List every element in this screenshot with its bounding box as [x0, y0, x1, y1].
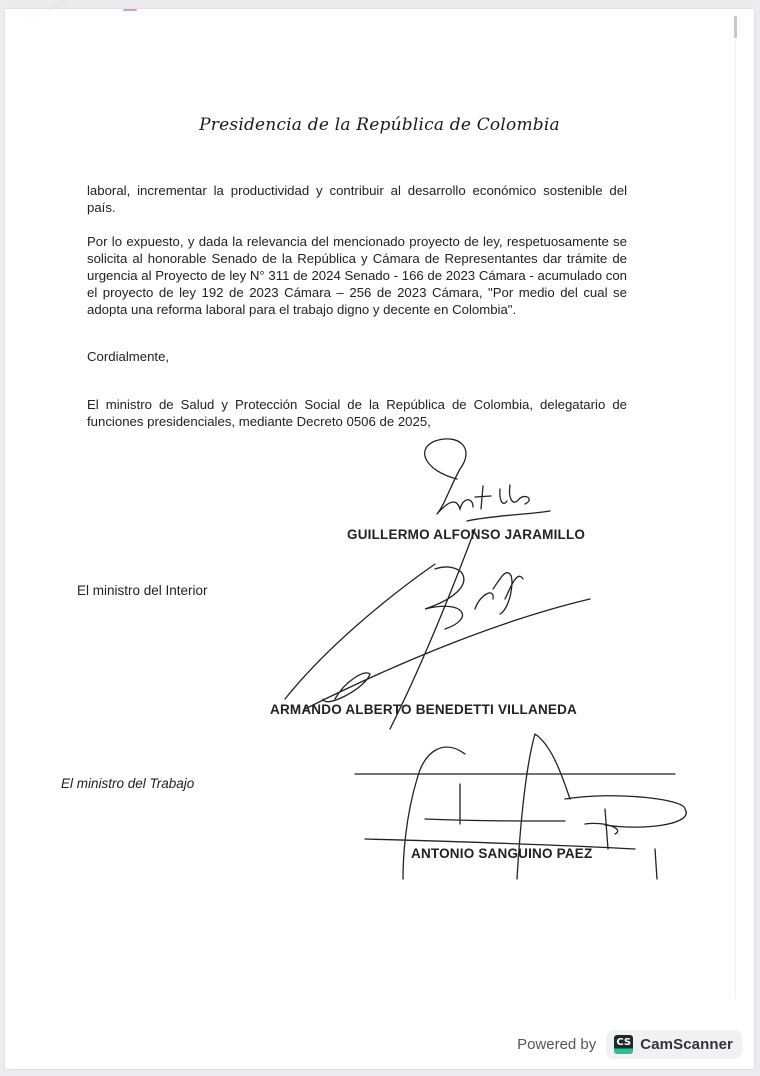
signature-jaramillo	[425, 439, 550, 521]
powered-by-label: Powered by	[517, 1036, 596, 1053]
signatory-role: El ministro del Interior	[77, 583, 208, 598]
paragraph: Por lo expuesto, y dada la relevancia de…	[87, 233, 627, 318]
camscanner-watermark: Powered by CS CamScanner	[517, 1030, 742, 1059]
camscanner-brand: CamScanner	[640, 1036, 733, 1053]
paragraph: laboral, incrementar la productividad y …	[87, 182, 627, 216]
closing: Cordialmente,	[87, 348, 627, 365]
signature-benedetti	[285, 529, 590, 729]
scanned-page: Presidencia de la República de Colombia …	[5, 9, 754, 1069]
signatory-name: GUILLERMO ALFONSO JARAMILLO	[347, 527, 585, 542]
scan-artifact	[735, 39, 736, 999]
letterhead: Presidencia de la República de Colombia	[5, 115, 754, 135]
delegate-statement: El ministro de Salud y Protección Social…	[87, 396, 627, 430]
signatory-name: ARMANDO ALBERTO BENEDETTI VILLANEDA	[270, 702, 577, 717]
camscanner-badge[interactable]: CS CamScanner	[606, 1030, 742, 1059]
signatory-role: El ministro del Trabajo	[61, 776, 194, 791]
camscanner-logo-icon: CS	[614, 1035, 633, 1054]
scan-artifact	[734, 16, 737, 38]
page-crease	[29, 0, 105, 24]
scan-artifact	[123, 9, 137, 11]
signatory-name: ANTONIO SANGUINO PAEZ	[411, 846, 592, 861]
